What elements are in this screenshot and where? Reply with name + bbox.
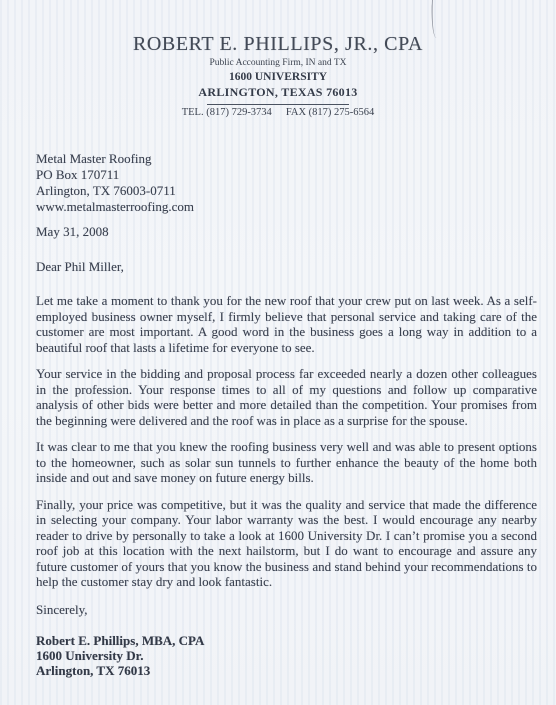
letterhead-divider: [207, 104, 349, 105]
recipient-website: www.metalmasterroofing.com: [36, 199, 537, 215]
signature-city-state-zip: Arlington, TX 76013: [36, 663, 537, 678]
salutation: Dear Phil Miller,: [36, 259, 537, 275]
paragraph-price-quality: Finally, your price was competitive, but…: [36, 497, 537, 590]
letterhead-telephone: TEL. (817) 729-3734: [182, 107, 272, 118]
paragraph-thank-you: Let me take a moment to thank you for th…: [36, 293, 537, 355]
letterhead-name: ROBERT E. PHILLIPS, JR., CPA: [0, 33, 556, 55]
letter-date: May 31, 2008: [36, 224, 537, 240]
valediction: Sincerely,: [36, 602, 537, 618]
signature-block: Robert E. Phillips, MBA, CPA 1600 Univer…: [36, 633, 537, 678]
paragraph-service-bidding: Your service in the bidding and proposal…: [36, 366, 537, 428]
letterhead-address-line2: ARLINGTON, TEXAS 76013: [0, 85, 556, 99]
letterhead-contact: TEL. (817) 729-3734FAX (817) 275-6564: [0, 107, 556, 119]
recipient-company: Metal Master Roofing: [36, 151, 537, 167]
scanned-letter-page: ROBERT E. PHILLIPS, JR., CPA Public Acco…: [0, 0, 556, 705]
letterhead: ROBERT E. PHILLIPS, JR., CPA Public Acco…: [0, 0, 556, 119]
recipient-po-box: PO Box 170711: [36, 167, 537, 183]
signature-street: 1600 University Dr.: [36, 648, 537, 663]
letterhead-fax: FAX (817) 275-6564: [286, 107, 374, 118]
paragraph-roofing-knowledge: It was clear to me that you knew the roo…: [36, 439, 537, 486]
letterhead-subtitle: Public Accounting Firm, IN and TX: [0, 58, 556, 69]
signature-name: Robert E. Phillips, MBA, CPA: [36, 633, 537, 648]
letterhead-address-line1: 1600 UNIVERSITY: [0, 71, 556, 84]
recipient-address-block: Metal Master Roofing PO Box 170711 Arlin…: [36, 151, 537, 215]
recipient-city-state-zip: Arlington, TX 76003-0711: [36, 183, 537, 199]
letter-body: Metal Master Roofing PO Box 170711 Arlin…: [0, 151, 556, 678]
